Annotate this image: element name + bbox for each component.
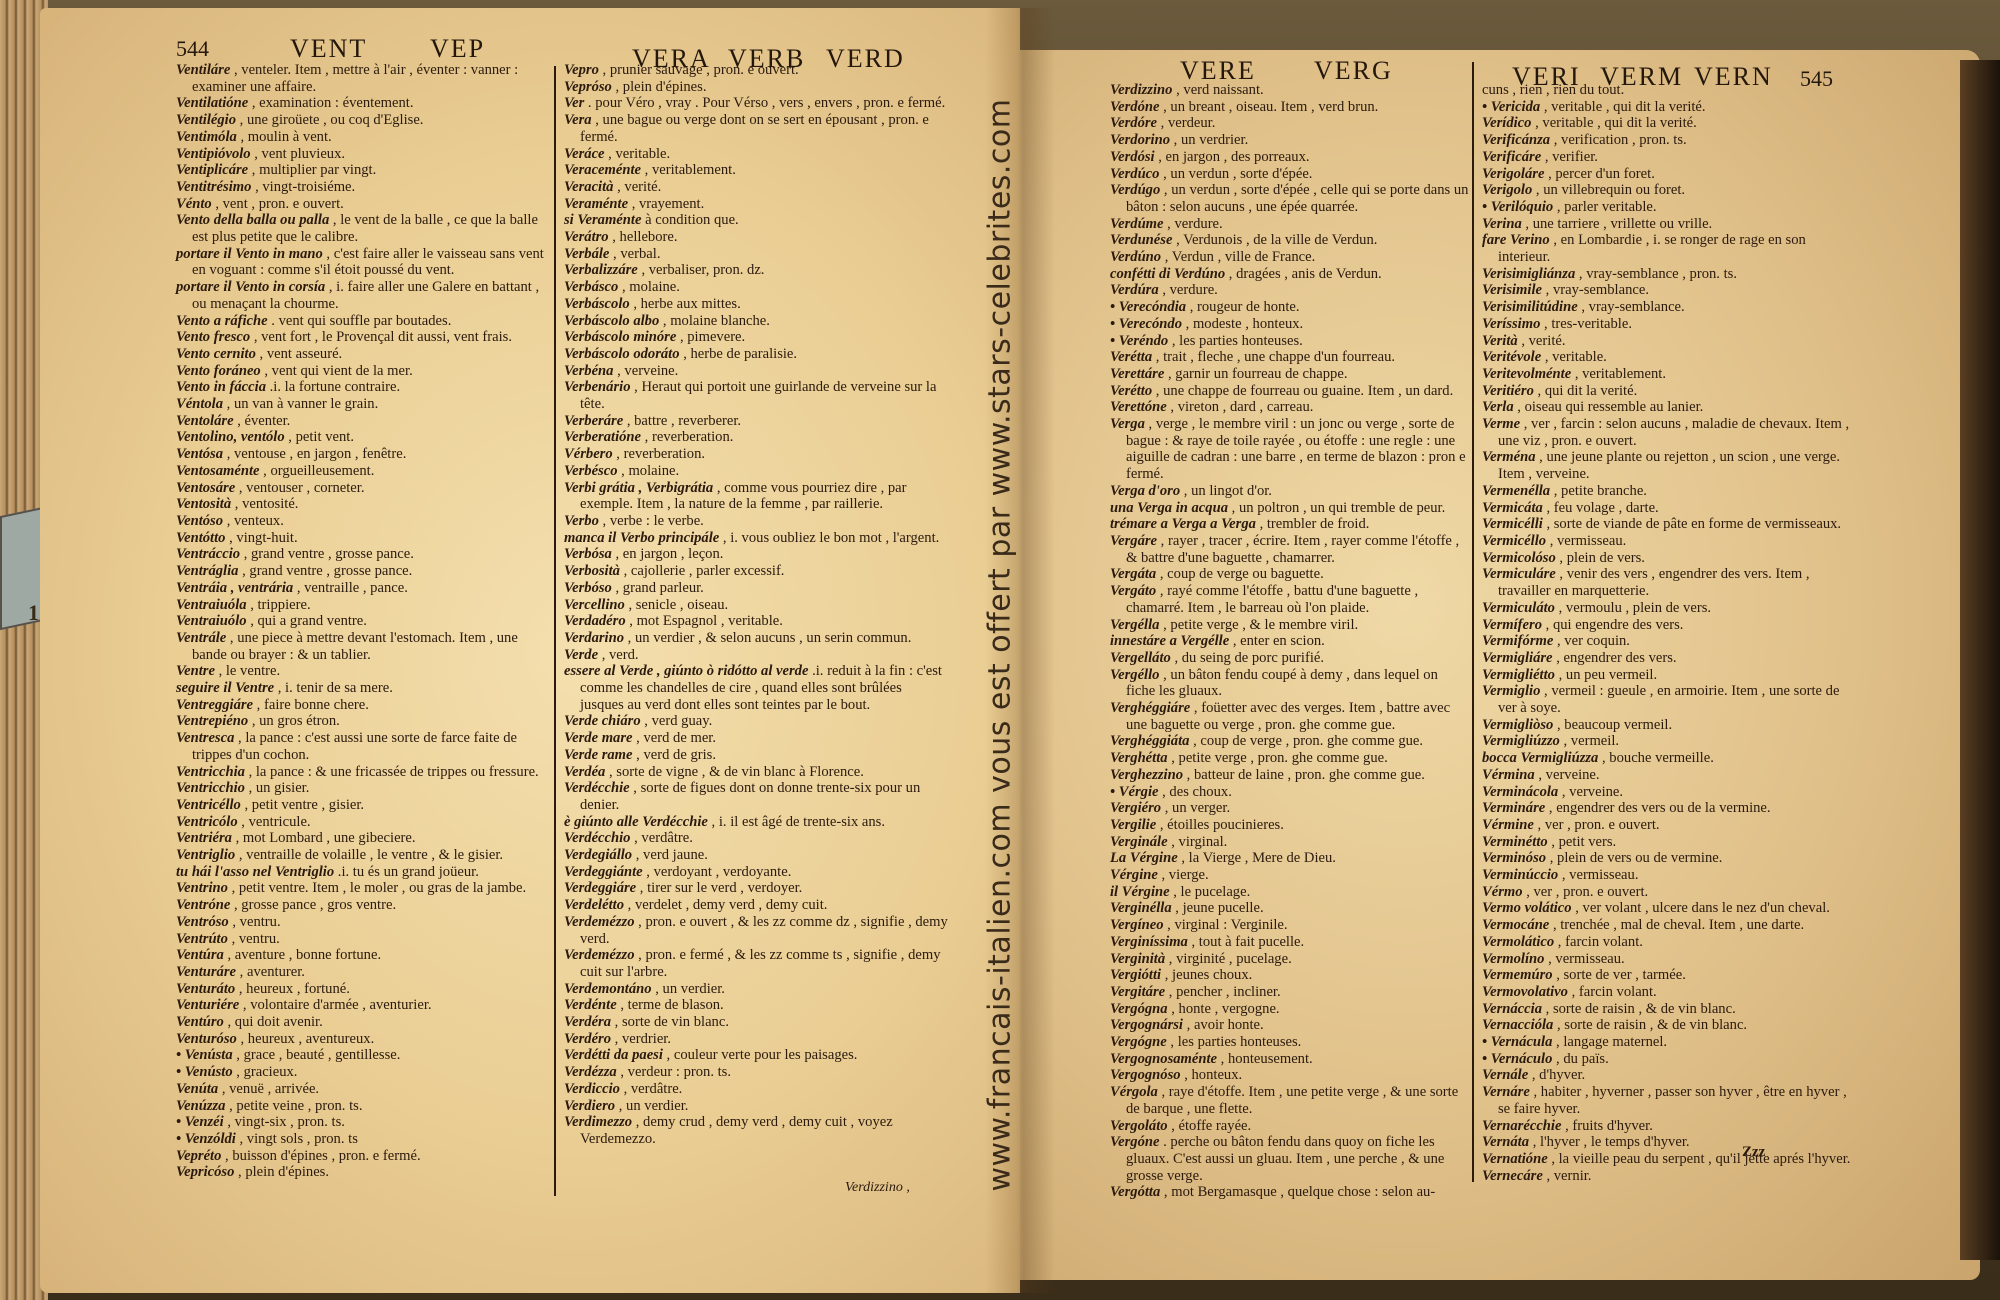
headword: seguire il Ventre — [176, 680, 274, 696]
dictionary-entry: Ventróne , grosse pance , gros ventre. — [176, 897, 544, 914]
dictionary-entry: Ventiplicáre , multiplier par vingt. — [176, 162, 544, 179]
headword: Ventricólo — [176, 814, 238, 830]
headword: Vermicolóso — [1482, 550, 1556, 566]
definition: , vent , pron. e ouvert. — [212, 196, 344, 212]
headword: Vergéllo — [1110, 667, 1159, 683]
definition: , gracieux. — [233, 1064, 298, 1080]
dictionary-entry: Verdeggiánte , verdoyant , verdoyante. — [564, 864, 948, 881]
definition: , faire bonne chere. — [253, 697, 369, 713]
definition: , un villebrequin ou foret. — [1532, 182, 1685, 198]
headword: Verbáscolo albo — [564, 313, 659, 329]
dictionary-entry: Ventipióvolo , vent pluvieux. — [176, 146, 544, 163]
dictionary-entry: Verátro , hellebore. — [564, 229, 948, 246]
definition: , trembler de froid. — [1256, 516, 1369, 532]
headword: Vermicéllo — [1482, 533, 1546, 549]
signature-mark: Zzz — [1742, 1144, 1765, 1161]
headword: Verdorino — [1110, 132, 1170, 148]
dictionary-entry: Veritévole , veritable. — [1482, 349, 1860, 366]
definition: , orgueilleusement. — [260, 463, 375, 479]
definition: à condition que. — [641, 212, 738, 228]
definition: .i. la fortune contraire. — [266, 379, 400, 395]
dictionary-entry: Verberatióne , reverberation. — [564, 429, 948, 446]
dictionary-entry: Verminácola , verveine. — [1482, 784, 1860, 801]
dictionary-entry: Vermolíno , vermisseau. — [1482, 951, 1860, 968]
dictionary-entry: portare il Vento in mano , c'est faire a… — [176, 246, 544, 279]
headword: Verbésco — [564, 463, 618, 479]
definition: , vierge. — [1158, 867, 1209, 883]
headword: Ventraiuóla — [176, 597, 247, 613]
dictionary-entry: fare Verino , en Lombardie , i. se ronge… — [1482, 232, 1860, 265]
dictionary-entry: Verghétta , petite verge , pron. ghe com… — [1110, 750, 1470, 767]
definition: , molaine blanche. — [659, 313, 770, 329]
definition: , mot Lombard , une gibeciere. — [232, 830, 416, 846]
definition: , jeune pucelle. — [1172, 900, 1264, 916]
headword: Ventresca — [176, 730, 234, 746]
dictionary-entry: Verbásco , molaine. — [564, 279, 948, 296]
headword: Verginélla — [1110, 900, 1172, 916]
definition: , veritable. — [1541, 349, 1607, 365]
dictionary-entry: Verdemézzo , pron. e fermé , & les zz co… — [564, 947, 948, 980]
dictionary-entry: Ventósa , ventouse , en jargon , fenêtre… — [176, 446, 544, 463]
definition: , plein d'épines. — [612, 79, 707, 95]
dictionary-entry: Ventilégio , une giroüete , ou coq d'Egl… — [176, 112, 544, 129]
dictionary-entry: Verminétto , petit vers. — [1482, 834, 1860, 851]
definition: , venteler. Item , mettre à l'air , éven… — [192, 62, 518, 95]
headword: Vermiculáto — [1482, 600, 1555, 616]
headword: Vernáre — [1482, 1084, 1530, 1100]
definition: , vermisseau. — [1558, 867, 1638, 883]
headword: il Vérgine — [1110, 884, 1170, 900]
definition: , tout à fait pucelle. — [1188, 934, 1304, 950]
definition: , grosse pance , gros ventre. — [230, 897, 396, 913]
headword: Vermicáta — [1482, 500, 1543, 516]
dictionary-entry: Vermicélli , sorte de viande de pâte en … — [1482, 516, 1860, 533]
headword: Vermolático — [1482, 934, 1554, 950]
headword: Vermináre — [1482, 800, 1545, 816]
definition: , Verdun , ville de France. — [1161, 249, 1315, 265]
dictionary-entry: Vermicolóso , plein de vers. — [1482, 550, 1860, 567]
dictionary-entry: Verbósa , en jargon , leçon. — [564, 546, 948, 563]
definition: , trenchée , mal de cheval. Item , une d… — [1549, 917, 1804, 933]
dictionary-entry: Verdúgo , un verdun , sorte d'épée , cel… — [1110, 182, 1470, 215]
definition: , verdure. — [1159, 282, 1218, 298]
dictionary-entry: Vergéllo , un bâton fendu coupé à demy ,… — [1110, 667, 1470, 700]
definition: , mot Bergamasque , quelque chose : selo… — [1160, 1184, 1435, 1200]
definition: , pron. e ouvert , & les zz comme dz , s… — [580, 914, 948, 947]
definition: . perche ou bâton fendu dans quoy on fic… — [1126, 1134, 1444, 1183]
definition: , couleur verte pour les paisages. — [663, 1047, 858, 1063]
dictionary-entry: Ventitrésimo , vingt-troisiéme. — [176, 179, 544, 196]
headword: Vergilie — [1110, 817, 1156, 833]
dictionary-entry: • Verecóndo , modeste , honteux. — [1110, 316, 1470, 333]
dictionary-entry: Verettóne , vireton , dard , carreau. — [1110, 399, 1470, 416]
definition: , sorte de vin blanc. — [611, 1014, 729, 1030]
headword: Ventipióvolo — [176, 146, 251, 162]
headword: Ventiplicáre — [176, 162, 248, 178]
dictionary-entry: Vernáta , l'hyver , le temps d'hyver. — [1482, 1134, 1860, 1151]
dictionary-entry: Vernatióne , la vieille peau du serpent … — [1482, 1151, 1860, 1168]
dictionary-entry: portare il Vento in corsía , i. faire al… — [176, 279, 544, 312]
dictionary-entry: Verbále , verbal. — [564, 246, 948, 263]
running-head: VENT — [290, 34, 367, 64]
dictionary-entry: Verdénte , terme de blason. — [564, 997, 948, 1014]
definition: , grand ventre , grosse pance. — [240, 546, 414, 562]
headword: Verdiero — [564, 1098, 615, 1114]
headword: Vérmina — [1482, 767, 1535, 783]
headword: Vérbero — [564, 446, 613, 462]
headword: • Venzóldi — [176, 1131, 236, 1147]
headword: Véntola — [176, 396, 223, 412]
headword: Verde chiáro — [564, 713, 641, 729]
headword: Verdúgo — [1110, 182, 1160, 198]
definition: , sorte de raisin , & de vin blanc. — [1553, 1017, 1747, 1033]
definition: , grace , beauté , gentillesse. — [233, 1047, 401, 1063]
definition: , une chappe de fourreau ou guaine. Item… — [1152, 383, 1453, 399]
definition: , vray-semblance. — [1542, 282, 1649, 298]
dictionary-entry: • Verilóquio , parler veritable. — [1482, 199, 1860, 216]
definition: , étoffe rayée. — [1168, 1118, 1252, 1134]
dictionary-entry: Ventricéllo , petit ventre , gisier. — [176, 797, 544, 814]
headword: Verghétta — [1110, 750, 1168, 766]
headword: Verga — [1110, 416, 1145, 432]
definition: , verd. — [598, 647, 639, 663]
dictionary-entry: Verginità , virginité , pucelage. — [1110, 951, 1470, 968]
headword: Ventósa — [176, 446, 223, 462]
definition: , verité. — [613, 179, 661, 195]
definition: , qui dit la verité. — [1534, 383, 1637, 399]
dictionary-entry: Verdósi , en jargon , des porreaux. — [1110, 149, 1470, 166]
headword: Vergógne — [1110, 1034, 1167, 1050]
dictionary-entry: Venúzza , petite veine , pron. ts. — [176, 1098, 544, 1115]
dictionary-entry: Ventoláre , éventer. — [176, 413, 544, 430]
definition: , reverberation. — [641, 429, 733, 445]
definition: , ventricule. — [238, 814, 311, 830]
definition: , jeunes choux. — [1161, 967, 1252, 983]
headword: tu hái l'asso nel Ventriglio — [176, 864, 334, 880]
dictionary-entry: • Venústa , grace , beauté , gentillesse… — [176, 1047, 544, 1064]
definition: , reverberation. — [613, 446, 705, 462]
dictionary-entry: Ventróso , ventru. — [176, 914, 544, 931]
headword: Ventiláre — [176, 62, 230, 78]
definition: , sorte de figues dont on donne trente-s… — [580, 780, 920, 813]
headword: Vernarécchie — [1482, 1118, 1561, 1134]
headword: Verdeggiáre — [564, 880, 636, 896]
headword: Verdúco — [1110, 166, 1159, 182]
headword: una Verga in acqua — [1110, 500, 1228, 516]
headword: Verità — [1482, 333, 1518, 349]
headword: Vénto — [176, 196, 212, 212]
definition: , vingt sols , pron. ts — [236, 1131, 358, 1147]
headword: Vepro — [564, 62, 599, 78]
definition: , verveine. — [1535, 767, 1600, 783]
dictionary-entry: • Vericida , veritable , qui dit la veri… — [1482, 99, 1860, 116]
headword: Verdemontáno — [564, 981, 652, 997]
headword: Venturáre — [176, 964, 236, 980]
definition: , habiter , hyverner , passer son hyver … — [1498, 1084, 1847, 1117]
dictionary-entry: Veríssimo , tres-veritable. — [1482, 316, 1860, 333]
definition: , vermoulu , plein de vers. — [1555, 600, 1711, 616]
definition: , une jeune plante ou rejetton , un scio… — [1498, 449, 1840, 482]
definition: , rougeur de honte. — [1186, 299, 1299, 315]
dictionary-entry: Vermigliúzzo , vermeil. — [1482, 733, 1860, 750]
headword: Verde rame — [564, 747, 633, 763]
definition: , vray-semblance. — [1578, 299, 1685, 315]
dictionary-entry: Vermovolativo , farcin volant. — [1482, 984, 1860, 1001]
definition: , un verdier , & selon aucuns , un serin… — [624, 630, 911, 646]
definition: , honteux. — [1181, 1067, 1243, 1083]
column-rule — [554, 66, 556, 1196]
definition: , feu volage , darte. — [1543, 500, 1659, 516]
dictionary-entry: Vergíneo , virginal : Verginile. — [1110, 917, 1470, 934]
definition: , ventraille , pance. — [293, 580, 408, 596]
headword: Verghezzino — [1110, 767, 1183, 783]
dictionary-entry: Vérbero , reverberation. — [564, 446, 948, 463]
definition: .i. tu és un grand joüeur. — [334, 864, 479, 880]
definition: , ventru. — [229, 914, 281, 930]
headword: Venturóso — [176, 1031, 237, 1047]
headword: Verettáre — [1110, 366, 1164, 382]
headword: Vergiéro — [1110, 800, 1161, 816]
definition: , verd naissant. — [1172, 82, 1263, 98]
dictionary-entry: Veritiéro , qui dit la verité. — [1482, 383, 1860, 400]
headword: portare il Vento in corsía — [176, 279, 325, 295]
headword: Verétta — [1110, 349, 1152, 365]
definition: , vrayement. — [628, 196, 704, 212]
headword: Vento in fáccia — [176, 379, 266, 395]
headword: confétti di Verdúno — [1110, 266, 1225, 282]
dictionary-entry: Vérmina , verveine. — [1482, 767, 1860, 784]
dictionary-entry: Verdarino , un verdier , & selon aucuns … — [564, 630, 948, 647]
headword: Verdarino — [564, 630, 624, 646]
headword: Verbosità — [564, 563, 620, 579]
headword: Verdunése — [1110, 232, 1172, 248]
definition: , la pance : & une fricassée de trippes … — [245, 764, 539, 780]
headword: Vérgola — [1110, 1084, 1158, 1100]
dictionary-entry: Verbáscolo , herbe aux mittes. — [564, 296, 948, 313]
dictionary-entry: Verdúra , verdure. — [1110, 282, 1470, 299]
definition: , verveine. — [613, 363, 678, 379]
headword: Verdóne — [1110, 99, 1159, 115]
definition: , vermeil. — [1560, 733, 1619, 749]
headword: • Veréndo — [1110, 333, 1168, 349]
dictionary-entry: Vermiculáre , venir des vers , engendrer… — [1482, 566, 1860, 599]
dictionary-entry: Verdécchio , verdâtre. — [564, 830, 948, 847]
headword: Verdéra — [564, 1014, 611, 1030]
definition: , parler veritable. — [1553, 199, 1656, 215]
definition: , vingt-troisiéme. — [251, 179, 355, 195]
headword: Ventriglio — [176, 847, 235, 863]
dictionary-entry: Verghezzino , batteur de laine , pron. g… — [1110, 767, 1470, 784]
definition: , verge , le membre viril : un jonc ou v… — [1126, 416, 1466, 482]
dictionary-entry: Ventosità , ventosité. — [176, 496, 544, 513]
headword: Vercellino — [564, 597, 625, 613]
headword: Vermenélla — [1482, 483, 1550, 499]
headword: Venúzza — [176, 1098, 225, 1114]
headword: Verminóso — [1482, 850, 1546, 866]
definition: , une tarriere , vrillette ou vrille. — [1522, 216, 1712, 232]
dictionary-entry: Verigoláre , percer d'un foret. — [1482, 166, 1860, 183]
headword: Vepricóso — [176, 1164, 234, 1180]
definition: , veritablement. — [1571, 366, 1666, 382]
headword: Verificáre — [1482, 149, 1541, 165]
headword: Ventricchia — [176, 764, 245, 780]
definition: , verbal. — [609, 246, 660, 262]
definition: , ventouse , en jargon , fenêtre. — [223, 446, 406, 462]
definition: , virginité , pucelage. — [1165, 951, 1292, 967]
definition: , i. il est âgé de trente-six ans. — [708, 814, 885, 830]
dictionary-entry: Vera , une bague ou verge dont on se ser… — [564, 112, 948, 145]
dictionary-entry: Vergóne . perche ou bâton fendu dans quo… — [1110, 1134, 1470, 1184]
headword: Ventilatióne — [176, 95, 248, 111]
dictionary-entry: trémare a Verga a Verga , trembler de fr… — [1110, 516, 1470, 533]
definition: , un gisier. — [245, 780, 309, 796]
dictionary-entry: Verme , ver , farcin : selon aucuns , ma… — [1482, 416, 1860, 449]
headword: Verbéna — [564, 363, 613, 379]
dictionary-entry: • Vernáculo , du païs. — [1482, 1051, 1860, 1068]
headword: Veracità — [564, 179, 613, 195]
definition: , senicle , oiseau. — [625, 597, 728, 613]
definition: , verveine. — [1558, 784, 1623, 800]
headword: Vermigliétto — [1482, 667, 1555, 683]
headword: • Venústa — [176, 1047, 233, 1063]
dictionary-entry: Verghéggiáta , coup de verge , pron. ghe… — [1110, 733, 1470, 750]
headword: Verdúme — [1110, 216, 1164, 232]
dictionary-entry: Vermigliétto , un peu vermeil. — [1482, 667, 1860, 684]
headword: Vernáta — [1482, 1134, 1529, 1150]
definition: , vent asseuré. — [256, 346, 342, 362]
dictionary-entry: Vermocáne , trenchée , mal de cheval. It… — [1482, 917, 1860, 934]
dictionary-entry: Verbáscolo minóre , pimevere. — [564, 329, 948, 346]
headword: Verigoláre — [1482, 166, 1544, 182]
dictionary-entry: Ventricchia , la pance : & une fricassée… — [176, 764, 544, 781]
dictionary-entry: Verdéra , sorte de vin blanc. — [564, 1014, 948, 1031]
dictionary-entry: Verina , une tarriere , vrillette ou vri… — [1482, 216, 1860, 233]
headword: Vergáto — [1110, 583, 1156, 599]
dictionary-entry: Ventúra , aventure , bonne fortune. — [176, 947, 544, 964]
definition: , verd de gris. — [633, 747, 717, 763]
dictionary-entry: Verdunése , Verdunois , de la ville de V… — [1110, 232, 1470, 249]
definition: , veritable , qui dit la verité. — [1540, 99, 1705, 115]
definition: , un verdun , sorte d'épée. — [1159, 166, 1312, 182]
headword: Verisimile — [1482, 282, 1542, 298]
headword: Vergélla — [1110, 617, 1159, 633]
definition: cuns , rien , rien du tout. — [1482, 82, 1624, 98]
definition: , un bâton fendu coupé à demy , dans leq… — [1126, 667, 1438, 700]
headword: Veritevolménte — [1482, 366, 1571, 382]
dictionary-entry: • Vérgie , des choux. — [1110, 784, 1470, 801]
definition: , venuë , arrivée. — [218, 1081, 319, 1097]
dictionary-entry: Verbenário , Heraut qui portoit une guir… — [564, 379, 948, 412]
dictionary-entry: Vepréto , buisson d'épines , pron. e fer… — [176, 1148, 544, 1165]
headword: Vento della balla ou palla — [176, 212, 329, 228]
dictionary-entry: Vérmine , ver , pron. e ouvert. — [1482, 817, 1860, 834]
dictionary-entry: Verdúme , verdure. — [1110, 216, 1470, 233]
headword: Ventúra — [176, 947, 224, 963]
headword: trémare a Verga a Verga — [1110, 516, 1256, 532]
dictionary-entry: Verghéggiáre , foüetter avec des verges.… — [1110, 700, 1470, 733]
headword: Ventreggiáre — [176, 697, 253, 713]
definition: , verbe : le verbe. — [599, 513, 704, 529]
headword: Verificánza — [1482, 132, 1550, 148]
definition: , la Vierge , Mere de Dieu. — [1178, 850, 1336, 866]
dictionary-entry: Veraceménte , veritablement. — [564, 162, 948, 179]
definition: , verdrier. — [611, 1031, 671, 1047]
dictionary-entry: Vergógna , honte , vergogne. — [1110, 1001, 1470, 1018]
dictionary-entry: Vento fresco , vent fort , le Provençal … — [176, 329, 544, 346]
dictionary-entry: Vernále , d'hyver. — [1482, 1067, 1860, 1084]
headword: Vernáccia — [1482, 1001, 1542, 1017]
headword: innestáre a Vergélle — [1110, 633, 1229, 649]
headword: Verghéggiáre — [1110, 700, 1190, 716]
dictionary-entry: Vento cernito , vent asseuré. — [176, 346, 544, 363]
definition: , étoilles poucinieres. — [1156, 817, 1284, 833]
definition: , plein de vers. — [1556, 550, 1645, 566]
dictionary-entry: Vergiótti , jeunes choux. — [1110, 967, 1470, 984]
definition: , herbe aux mittes. — [630, 296, 741, 312]
headword: Verdúra — [1110, 282, 1159, 298]
definition: , farcin volant. — [1554, 934, 1643, 950]
definition: , pron. e fermé , & les zz comme ts , si… — [580, 947, 941, 980]
definition: , beaucoup vermeil. — [1553, 717, 1672, 733]
dictionary-entry: tu hái l'asso nel Ventriglio .i. tu és u… — [176, 864, 544, 881]
headword: Vérmo — [1482, 884, 1523, 900]
dictionary-entry: manca il Verbo principále , i. vous oubl… — [564, 530, 948, 547]
headword: • Vérgie — [1110, 784, 1158, 800]
dictionary-entry: Vermenélla , petite branche. — [1482, 483, 1860, 500]
headword: Ventrále — [176, 630, 226, 646]
dictionary-entry: Ventráglia , grand ventre , grosse pance… — [176, 563, 544, 580]
dictionary-entry: Ventrino , petit ventre. Item , le moler… — [176, 880, 544, 897]
definition: , verité. — [1518, 333, 1566, 349]
definition: , ventru. — [228, 931, 280, 947]
headword: Verminétto — [1482, 834, 1548, 850]
dictionary-entry: Vermicáta , feu volage , darte. — [1482, 500, 1860, 517]
dictionary-entry: Veracità , verité. — [564, 179, 948, 196]
dictionary-entry: Vermiculáto , vermoulu , plein de vers. — [1482, 600, 1860, 617]
headword: Vergoláto — [1110, 1118, 1168, 1134]
dictionary-entry: Verginélla , jeune pucelle. — [1110, 900, 1470, 917]
headword: Verla — [1482, 399, 1514, 415]
definition: , honte , vergogne. — [1168, 1001, 1280, 1017]
dictionary-entry: Ventolino, ventólo , petit vent. — [176, 429, 544, 446]
page-number-left: 544 — [176, 36, 209, 62]
headword: Verina — [1482, 216, 1522, 232]
headword: Verisimigliánza — [1482, 266, 1575, 282]
headword: Ventosáre — [176, 480, 235, 496]
definition: , verbaliser, pron. dz. — [638, 262, 765, 278]
definition: , petit vent. — [285, 429, 354, 445]
headword: Vermiculáre — [1482, 566, 1556, 582]
definition: , herbe de paralisie. — [680, 346, 798, 362]
headword: Vermicélli — [1482, 516, 1543, 532]
dictionary-entry: Vermiglio , vermeil : gueule , en armoir… — [1482, 683, 1860, 716]
dictionary-entry: Ventráia , ventrária , ventraille , panc… — [176, 580, 544, 597]
dictionary-entry: Vermináre , engendrer des vers ou de la … — [1482, 800, 1860, 817]
dictionary-entry: Verdimezzo , demy crud , demy verd , dem… — [564, 1114, 948, 1147]
dictionary-column: Vepro , prunier sauvage , pron. e ouvert… — [564, 62, 948, 1148]
definition: , aventure , bonne fortune. — [224, 947, 381, 963]
definition: , coup de verge , pron. ghe comme gue. — [1189, 733, 1423, 749]
headword: Verberatióne — [564, 429, 641, 445]
dictionary-entry: Venturóso , heureux , aventureux. — [176, 1031, 544, 1048]
definition: , ventouser , corneter. — [235, 480, 364, 496]
definition: , verdoyant , verdoyante. — [643, 864, 792, 880]
headword: essere al Verde , giúnto ò ridótto al ve… — [564, 663, 808, 679]
dictionary-entry: • Venústo , gracieux. — [176, 1064, 544, 1081]
dictionary-entry: essere al Verde , giúnto ò ridótto al ve… — [564, 663, 948, 713]
dictionary-entry: Veráce , veritable. — [564, 146, 948, 163]
headword: Vergognársi — [1110, 1017, 1183, 1033]
